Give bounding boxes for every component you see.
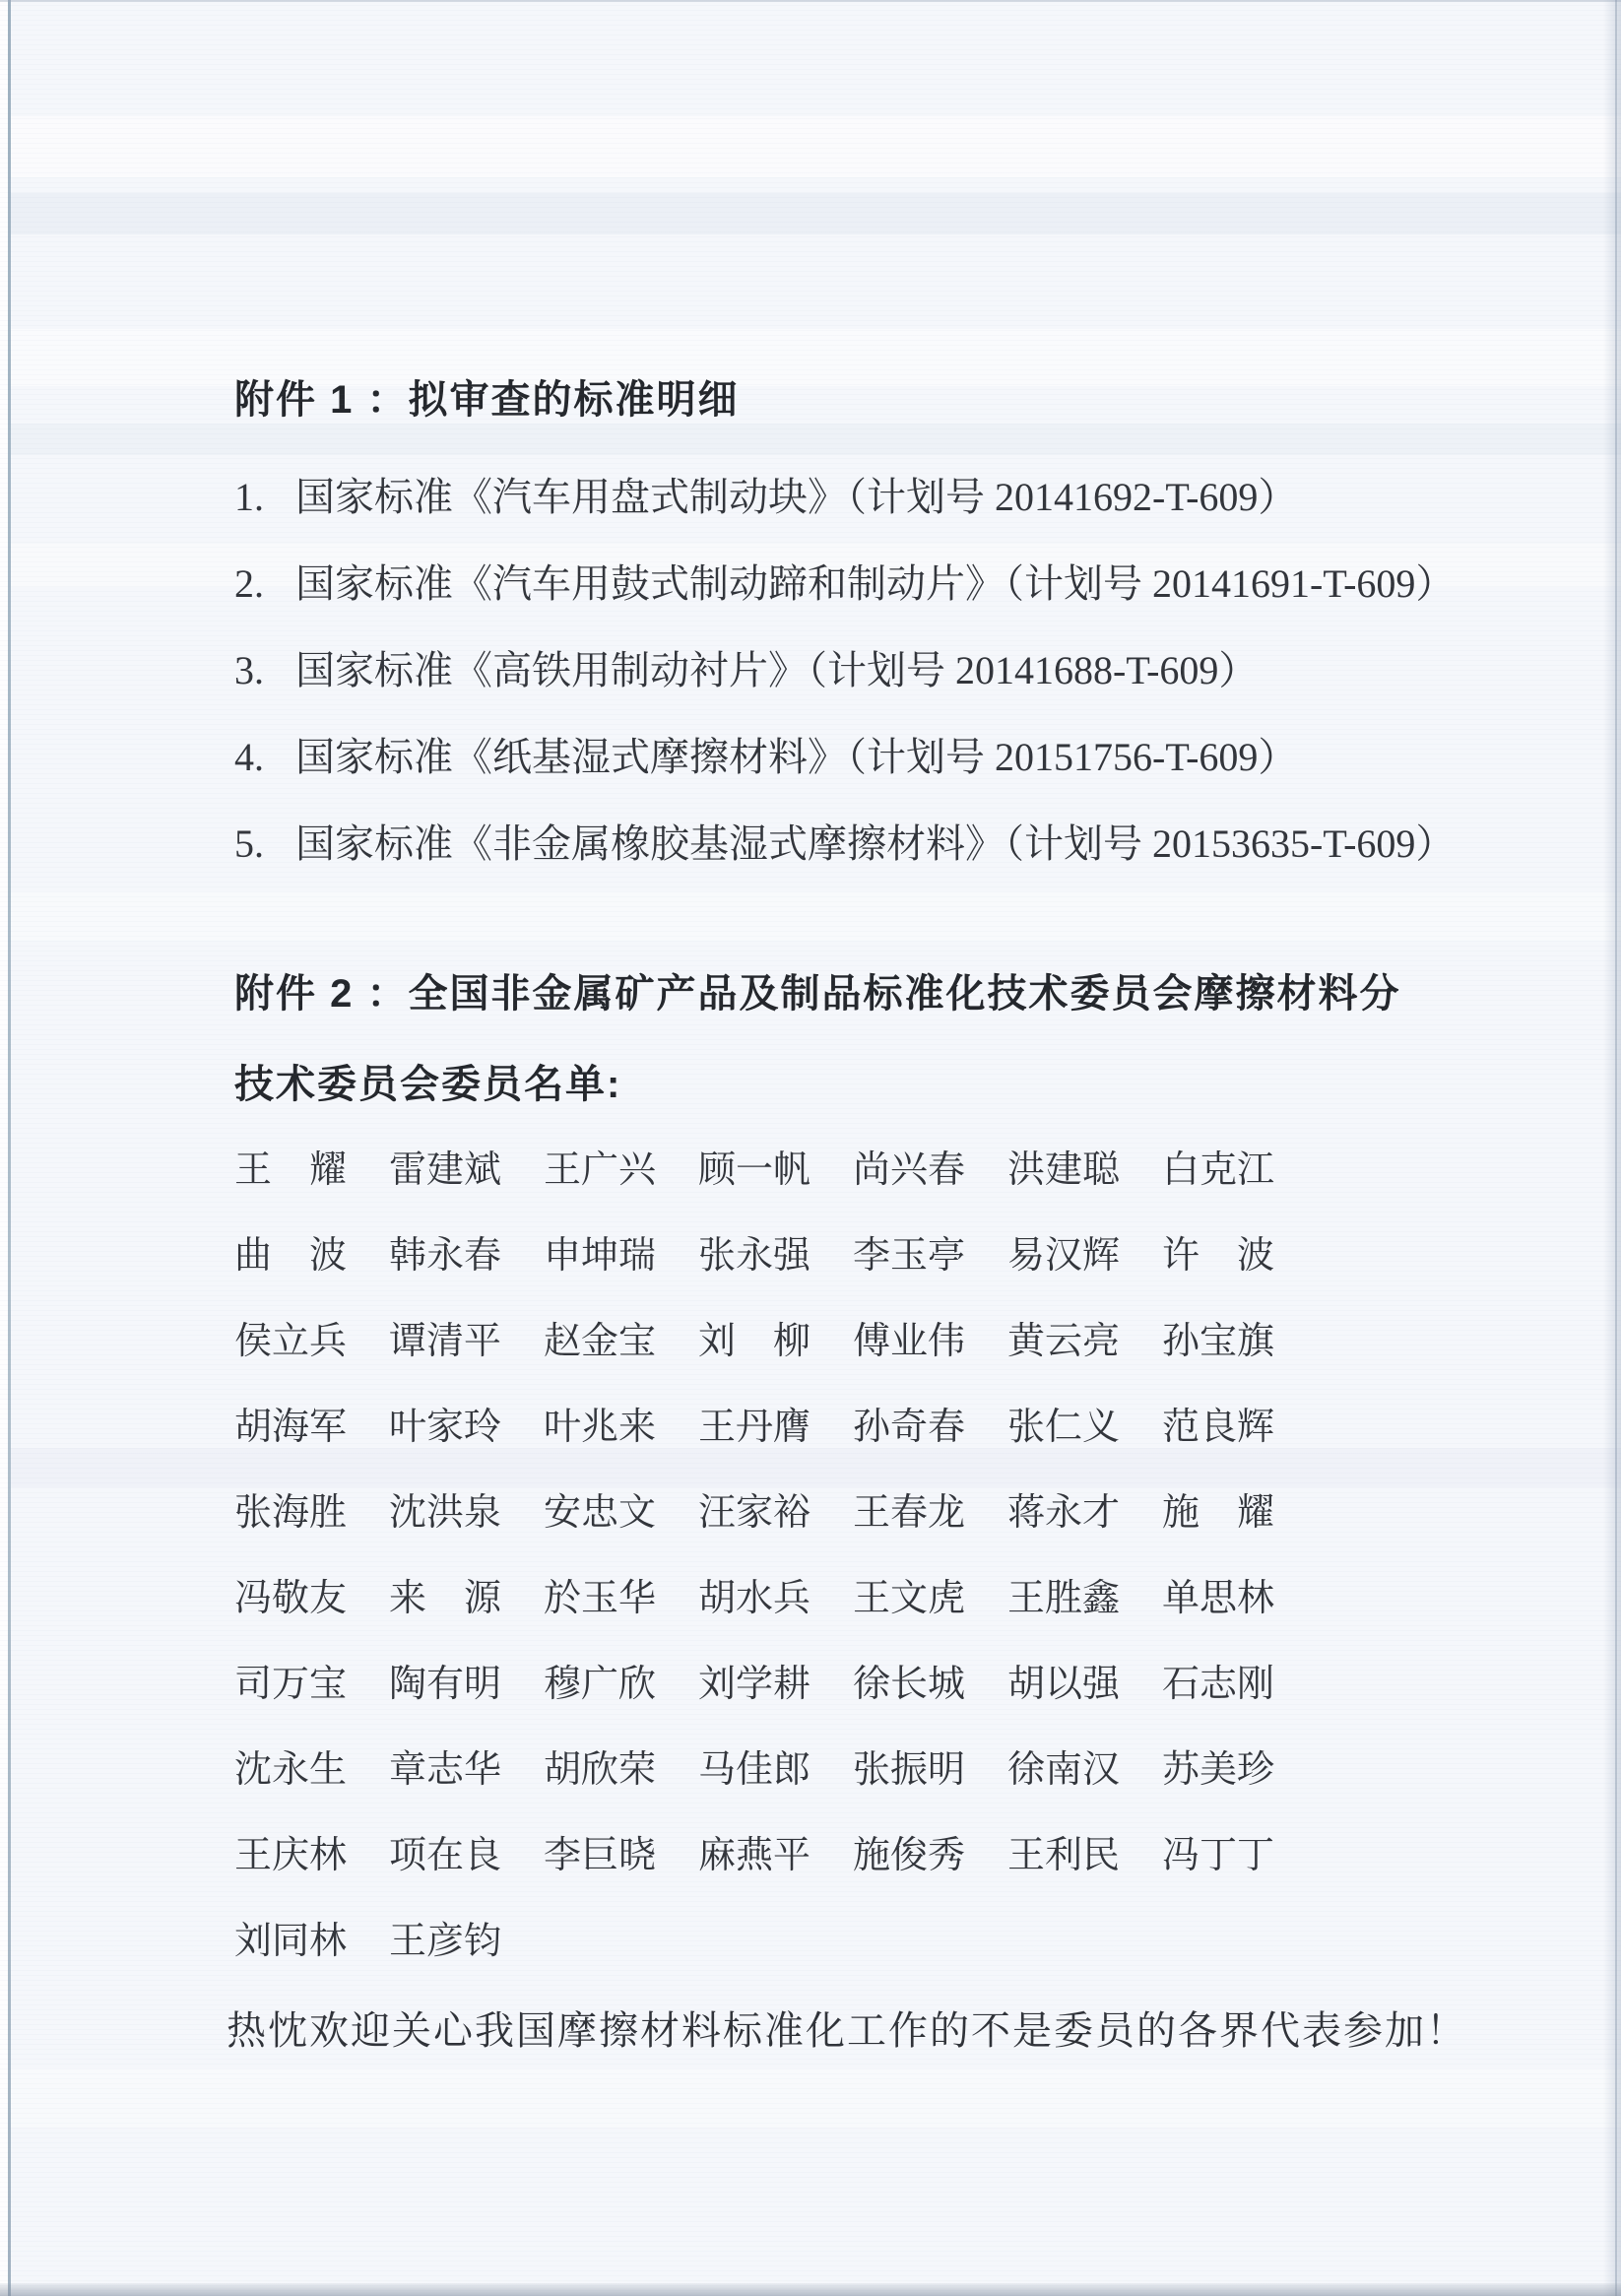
member-name: 雷建斌 <box>389 1148 544 1234</box>
attachment2-title-line2: 技术委员会委员名单: <box>234 1062 621 1107</box>
scan-artifact-band <box>0 193 1621 234</box>
standard-item-number: 1. <box>234 475 295 520</box>
scan-artifact-band <box>0 424 1621 455</box>
member-name: 施俊秀 <box>853 1834 1007 1920</box>
member-name: 王利民 <box>1007 1834 1162 1920</box>
standard-item-text: 国家标准《汽车用盘式制动块》（计划号 20141692-T-609） <box>295 475 1297 519</box>
attachment2-title-line1: 附件 2 ：全国非金属矿产品及制品标准化技术委员会摩擦材料分 <box>234 971 1400 1017</box>
member-name: 曲 波 <box>234 1234 389 1320</box>
member-name: 王春龙 <box>853 1491 1007 1577</box>
page-top-edge-line <box>0 0 1621 2</box>
member-name: 王文虎 <box>853 1577 1007 1663</box>
member-name: 蒋永才 <box>1007 1491 1162 1577</box>
member-name: 司万宝 <box>234 1663 389 1748</box>
member-name: 赵金宝 <box>544 1320 698 1406</box>
member-name: 施 耀 <box>1162 1491 1317 1577</box>
member-name: 韩永春 <box>389 1234 544 1320</box>
member-name: 张永强 <box>698 1234 853 1320</box>
page-right-edge-line <box>1615 0 1617 2296</box>
member-name: 徐长城 <box>853 1663 1007 1748</box>
member-name: 安忠文 <box>544 1491 698 1577</box>
standard-item: 5.国家标准《非金属橡胶基湿式摩擦材料》（计划号 20153635-T-609） <box>234 821 1455 908</box>
page-left-margin <box>0 0 8 2296</box>
member-name: 叶兆来 <box>544 1406 698 1491</box>
member-name: 王丹膺 <box>698 1406 853 1491</box>
member-name: 胡水兵 <box>698 1577 853 1663</box>
member-name: 王庆林 <box>234 1834 389 1920</box>
member-name: 陶有明 <box>389 1663 544 1748</box>
standard-item-number: 2. <box>234 561 295 607</box>
member-name: 苏美珍 <box>1162 1748 1317 1834</box>
member-name: 刘 柳 <box>698 1320 853 1406</box>
standard-item: 1.国家标准《汽车用盘式制动块》（计划号 20141692-T-609） <box>234 475 1455 561</box>
member-name: 沈永生 <box>234 1748 389 1834</box>
member-name: 冯敬友 <box>234 1577 389 1663</box>
member-name: 范良辉 <box>1162 1406 1317 1491</box>
member-name: 张海胜 <box>234 1491 389 1577</box>
member-name: 穆广欣 <box>544 1663 698 1748</box>
member-name: 於玉华 <box>544 1577 698 1663</box>
standard-item-number: 4. <box>234 735 295 780</box>
member-name: 侯立兵 <box>234 1320 389 1406</box>
member-name: 孙宝旗 <box>1162 1320 1317 1406</box>
standard-item-text: 国家标准《汽车用鼓式制动蹄和制动片》（计划号 20141691-T-609） <box>295 561 1455 606</box>
member-name: 马佳郎 <box>698 1748 853 1834</box>
member-name: 许 波 <box>1162 1234 1317 1320</box>
scan-artifact-band <box>0 2068 1621 2128</box>
member-name: 徐南汉 <box>1007 1748 1162 1834</box>
member-name: 石志刚 <box>1162 1663 1317 1748</box>
page-bottom-edge-shadow <box>0 2283 1621 2296</box>
member-name: 章志华 <box>389 1748 544 1834</box>
member-name: 王广兴 <box>544 1148 698 1234</box>
standards-list: 1.国家标准《汽车用盘式制动块》（计划号 20141692-T-609）2.国家… <box>234 475 1455 908</box>
committee-members-grid: 王 耀雷建斌王广兴顾一帆尚兴春洪建聪白克江曲 波韩永春申坤瑞张永强李玉亭易汉辉许… <box>234 1148 1317 2005</box>
member-name: 王彦钧 <box>389 1920 544 2005</box>
standard-item-text: 国家标准《纸基湿式摩擦材料》（计划号 20151756-T-609） <box>295 735 1297 779</box>
member-name: 洪建聪 <box>1007 1148 1162 1234</box>
member-name: 尚兴春 <box>853 1148 1007 1234</box>
member-name: 王 耀 <box>234 1148 389 1234</box>
member-name: 顾一帆 <box>698 1148 853 1234</box>
member-name: 易汉辉 <box>1007 1234 1162 1320</box>
member-name: 沈洪泉 <box>389 1491 544 1577</box>
standard-item: 4.国家标准《纸基湿式摩擦材料》（计划号 20151756-T-609） <box>234 735 1455 821</box>
member-name: 项在良 <box>389 1834 544 1920</box>
scanned-document-page: 附件 1 ：拟审查的标准明细 1.国家标准《汽车用盘式制动块》（计划号 2014… <box>0 0 1621 2296</box>
member-name: 李巨晓 <box>544 1834 698 1920</box>
member-name: 叶家玲 <box>389 1406 544 1491</box>
page-right-edge-shadow <box>1603 0 1621 2296</box>
member-name: 孙奇春 <box>853 1406 1007 1491</box>
standard-item-number: 5. <box>234 821 295 867</box>
member-name: 刘学耕 <box>698 1663 853 1748</box>
member-name: 单思林 <box>1162 1577 1317 1663</box>
standard-item-text: 国家标准《非金属橡胶基湿式摩擦材料》（计划号 20153635-T-609） <box>295 821 1455 866</box>
member-name: 黄云亮 <box>1007 1320 1162 1406</box>
member-name: 汪家裕 <box>698 1491 853 1577</box>
member-name: 傅业伟 <box>853 1320 1007 1406</box>
member-name: 谭清平 <box>389 1320 544 1406</box>
member-name: 来 源 <box>389 1577 544 1663</box>
member-name: 李玉亭 <box>853 1234 1007 1320</box>
member-name: 冯丁丁 <box>1162 1834 1317 1920</box>
scan-artifact-band <box>0 116 1621 177</box>
member-name: 麻燕平 <box>698 1834 853 1920</box>
member-name: 白克江 <box>1162 1148 1317 1234</box>
member-name: 张振明 <box>853 1748 1007 1834</box>
member-name: 申坤瑞 <box>544 1234 698 1320</box>
member-name: 胡欣荣 <box>544 1748 698 1834</box>
standard-item-number: 3. <box>234 648 295 693</box>
member-name: 胡海军 <box>234 1406 389 1491</box>
member-name: 胡以强 <box>1007 1663 1162 1748</box>
closing-invitation-text: 热忱欢迎关心我国摩擦材料标准化工作的不是委员的各界代表参加！ <box>227 2007 1467 2055</box>
attachment1-title: 附件 1 ：拟审查的标准明细 <box>234 377 739 423</box>
standard-item-text: 国家标准《高铁用制动衬片》（计划号 20141688-T-609） <box>295 648 1258 692</box>
member-name: 张仁义 <box>1007 1406 1162 1491</box>
standard-item: 2.国家标准《汽车用鼓式制动蹄和制动片》（计划号 20141691-T-609） <box>234 561 1455 648</box>
standard-item: 3.国家标准《高铁用制动衬片》（计划号 20141688-T-609） <box>234 648 1455 735</box>
member-name: 刘同林 <box>234 1920 389 2005</box>
member-name: 王胜鑫 <box>1007 1577 1162 1663</box>
page-left-edge-line <box>8 0 11 2296</box>
